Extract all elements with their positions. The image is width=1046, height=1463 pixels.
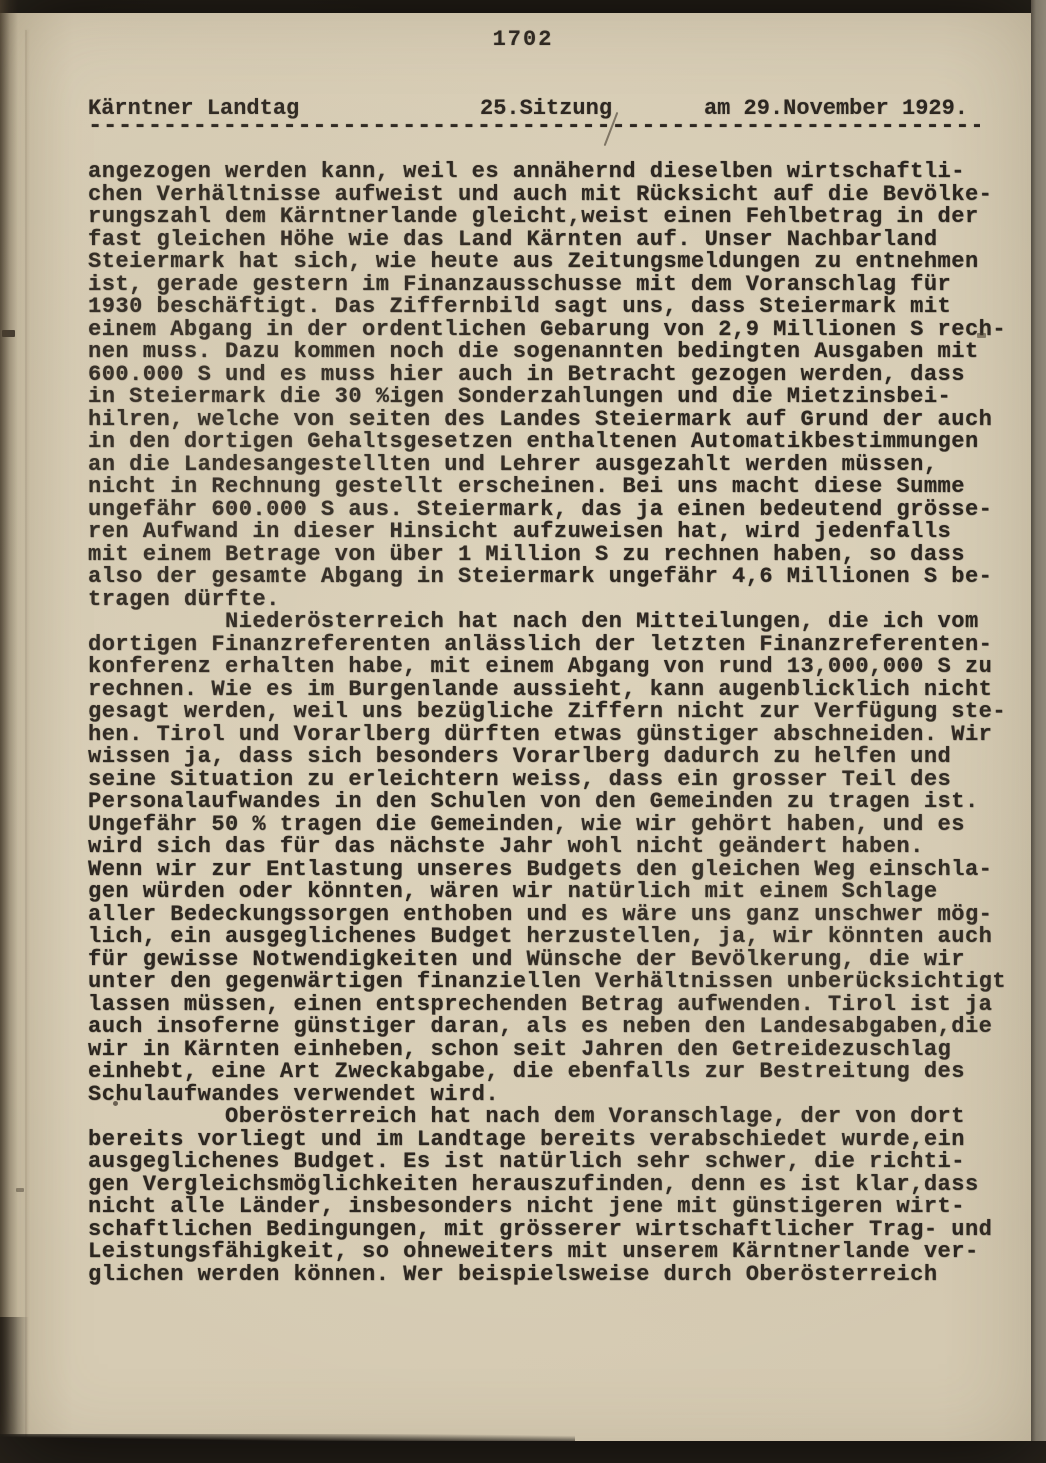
text-line: schaftlichen Bedingungen, mit grösserer …: [88, 1219, 1038, 1242]
text-line: 600.000 S und es muss hier auch in Betra…: [88, 364, 1038, 387]
text-line: einem Abgang in der ordentlichen Gebarun…: [88, 319, 1038, 342]
text-line: seine Situation zu erleichtern weiss, da…: [88, 769, 1038, 792]
paragraph: Niederösterreich hat nach den Mitteilung…: [88, 611, 1038, 1106]
text-line: Ungefähr 50 % tragen die Gemeinden, wie …: [88, 814, 1038, 837]
text-line: einhebt, eine Art Zweckabgabe, die ebenf…: [88, 1061, 1038, 1084]
text-line: dortigen Finanzreferenten anlässlich der…: [88, 634, 1038, 657]
text-line: wir in Kärnten einheben, schon seit Jahr…: [88, 1039, 1038, 1062]
text-line: für gewisse Notwendigkeiten und Wünsche …: [88, 949, 1038, 972]
text-line: Wenn wir zur Entlastung unseres Budgets …: [88, 859, 1038, 882]
text-line: also der gesamte Abgang in Steiermark un…: [88, 566, 1038, 589]
text-line: chen Verhältnisse aufweist und auch mit …: [88, 184, 1038, 207]
scan-edge-bottom: [0, 1441, 1046, 1463]
text-line: glichen werden können. Wer beispielsweis…: [88, 1264, 1038, 1287]
document-body: angezogen werden kann, weil es annähernd…: [88, 161, 1038, 1286]
text-line: nicht alle Länder, insbesonders nicht je…: [88, 1196, 1038, 1219]
scan-edge-right: [1031, 0, 1046, 1463]
text-line: wird sich das für das nächste Jahr wohl …: [88, 836, 1038, 859]
text-line: ist, gerade gestern im Finanzausschusse …: [88, 274, 1038, 297]
text-line: Personalaufwandes in den Schulen von den…: [88, 791, 1038, 814]
ink-speck: [113, 1101, 118, 1106]
text-line: nicht in Rechnung gestellt erscheinen. B…: [88, 476, 1038, 499]
text-line: in den dortigen Gehaltsgesetzen enthalte…: [88, 431, 1038, 454]
text-line: lassen müssen, einen entsprechenden Betr…: [88, 994, 1038, 1017]
paragraph: angezogen werden kann, weil es annähernd…: [88, 161, 1038, 611]
text-line: bereits vorliegt und im Landtage bereits…: [88, 1129, 1038, 1152]
text-line: angezogen werden kann, weil es annähernd…: [88, 161, 1038, 184]
text-line: Steiermark hat sich, wie heute aus Zeitu…: [88, 251, 1038, 274]
text-line: rechnen. Wie es im Burgenlande aussieht,…: [88, 679, 1038, 702]
text-line: auch insoferne günstiger daran, als es n…: [88, 1016, 1038, 1039]
text-line: gen Vergleichsmöglichkeiten herauszufind…: [88, 1174, 1038, 1197]
text-line: hen. Tirol und Vorarlberg dürften etwas …: [88, 724, 1038, 747]
text-line: mit einem Betrage von über 1 Million S z…: [88, 544, 1038, 567]
text-line: gesagt werden, weil uns bezügliche Ziffe…: [88, 701, 1038, 724]
text-line: in Steiermark die 30 %igen Sonderzahlung…: [88, 386, 1038, 409]
text-line: gen würden oder könnten, wären wir natür…: [88, 881, 1038, 904]
text-line: an die Landesangestellten und Lehrer aus…: [88, 454, 1038, 477]
text-line: wissen ja, dass sich besonders Vorarlber…: [88, 746, 1038, 769]
text-line: Schulaufwandes verwendet wird.: [88, 1084, 1038, 1107]
text-line: nen muss. Dazu kommen noch die sogenannt…: [88, 341, 1038, 364]
text-line: ren Aufwand in dieser Hinsicht aufzuweis…: [88, 521, 1038, 544]
text-line: fast gleichen Höhe wie das Land Kärnten …: [88, 229, 1038, 252]
text-line: ausgeglichenes Budget. Es ist natürlich …: [88, 1151, 1038, 1174]
text-line: 1930 beschäftigt. Das Ziffernbild sagt u…: [88, 296, 1038, 319]
page-number: 1702: [0, 27, 1046, 52]
scan-corner-bottom-left: [0, 1317, 34, 1447]
text-line: Niederösterreich hat nach den Mitteilung…: [88, 611, 1038, 634]
ink-speck: [977, 333, 986, 338]
text-line: lich, ein ausgeglichenes Budget herzuste…: [88, 926, 1038, 949]
text-line: rungszahl dem Kärntnerlande gleicht,weis…: [88, 206, 1038, 229]
text-line: konferenz erhalten habe, mit einem Abgan…: [88, 656, 1038, 679]
text-line: unter den gegenwärtigen finanziellen Ver…: [88, 971, 1038, 994]
paragraph: Oberösterreich hat nach dem Voranschlage…: [88, 1106, 1038, 1286]
text-line: ungefähr 600.000 S aus. Steiermark, das …: [88, 499, 1038, 522]
text-line: hilren, welche von seiten des Landes Ste…: [88, 409, 1038, 432]
text-line: Leistungsfähigkeit, so ohneweiters mit u…: [88, 1241, 1038, 1264]
scan-edge-top: [0, 0, 1046, 13]
text-line: aller Bedeckungssorgen enthoben und es w…: [88, 904, 1038, 927]
scan-edge-left: [0, 0, 18, 1463]
text-line: tragen dürfte.: [88, 589, 1038, 612]
scanned-document-page: 1702 Kärntner Landtag 25.Sitzung am 29.N…: [0, 0, 1046, 1463]
paper-crease: [25, 30, 27, 1445]
text-line: Oberösterreich hat nach dem Voranschlage…: [88, 1106, 1038, 1129]
divider-dashed-line: ----------------------------------------…: [88, 114, 980, 140]
